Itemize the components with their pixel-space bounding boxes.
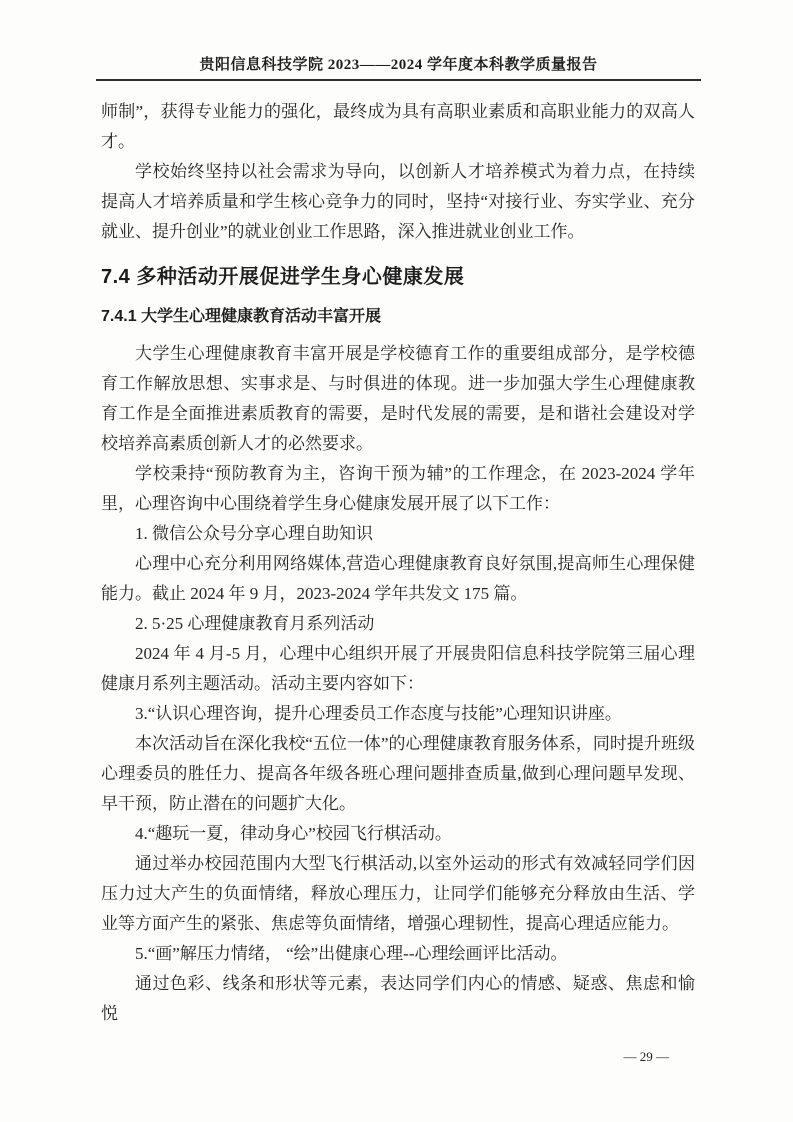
- page-number: — 29 —: [624, 1049, 670, 1064]
- paragraph: 大学生心理健康教育丰富开展是学校德育工作的重要组成部分，是学校德育工作解放思想、…: [101, 339, 695, 459]
- page-footer: — 29 —: [624, 1049, 670, 1065]
- paragraph: 3.“认识心理咨询，提升心理委员工作态度与技能”心理知识讲座。: [101, 699, 695, 729]
- section-heading: 7.4 多种活动开展促进学生身心健康发展: [101, 263, 695, 291]
- paragraph: 心理中心充分利用网络媒体,营造心理健康教育良好氛围,提高师生心理保健能力。截止 …: [101, 549, 695, 609]
- document-page: 贵阳信息科技学院 2023——2024 学年度本科教学质量报告 师制”，获得专业…: [0, 0, 793, 1122]
- paragraph: 4.“趣玩一夏，律动身心”校园飞行棋活动。: [101, 819, 695, 849]
- paragraph: 师制”，获得专业能力的强化，最终成为具有高职业素质和高职业能力的双高人才。: [101, 97, 695, 157]
- paragraph: 通过举办校园范围内大型飞行棋活动,以室外运动的形式有效减轻同学们因压力过大产生的…: [101, 849, 695, 939]
- paragraph: 通过色彩、线条和形状等元素，表达同学们内心的情感、疑惑、焦虑和愉悦: [101, 969, 695, 1029]
- paragraph: 5.“画”解压力情绪， “绘”出健康心理--心理绘画评比活动。: [101, 939, 695, 969]
- header-divider: [96, 79, 701, 81]
- paragraph: 2024 年 4 月-5 月，心理中心组织开展了开展贵阳信息科技学院第三届心理健…: [101, 639, 695, 699]
- document-body: 师制”，获得专业能力的强化，最终成为具有高职业素质和高职业能力的双高人才。学校始…: [101, 97, 695, 1029]
- paragraph: 学校始终坚持以社会需求为导向，以创新人才培养模式为着力点，在持续提高人才培养质量…: [101, 157, 695, 247]
- subsection-heading: 7.4.1 大学生心理健康教育活动丰富开展: [101, 305, 695, 329]
- page-header: 贵阳信息科技学院 2023——2024 学年度本科教学质量报告: [96, 53, 701, 81]
- paragraph: 学校秉持“预防教育为主，咨询干预为辅”的工作理念，在 2023-2024 学年里…: [101, 459, 695, 519]
- paragraph: 1. 微信公众号分享心理自助知识: [101, 519, 695, 549]
- paragraph: 本次活动旨在深化我校“五位一体”的心理健康教育服务体系，同时提升班级心理委员的胜…: [101, 729, 695, 819]
- paragraph: 2. 5·25 心理健康教育月系列活动: [101, 609, 695, 639]
- running-header-title: 贵阳信息科技学院 2023——2024 学年度本科教学质量报告: [96, 53, 701, 74]
